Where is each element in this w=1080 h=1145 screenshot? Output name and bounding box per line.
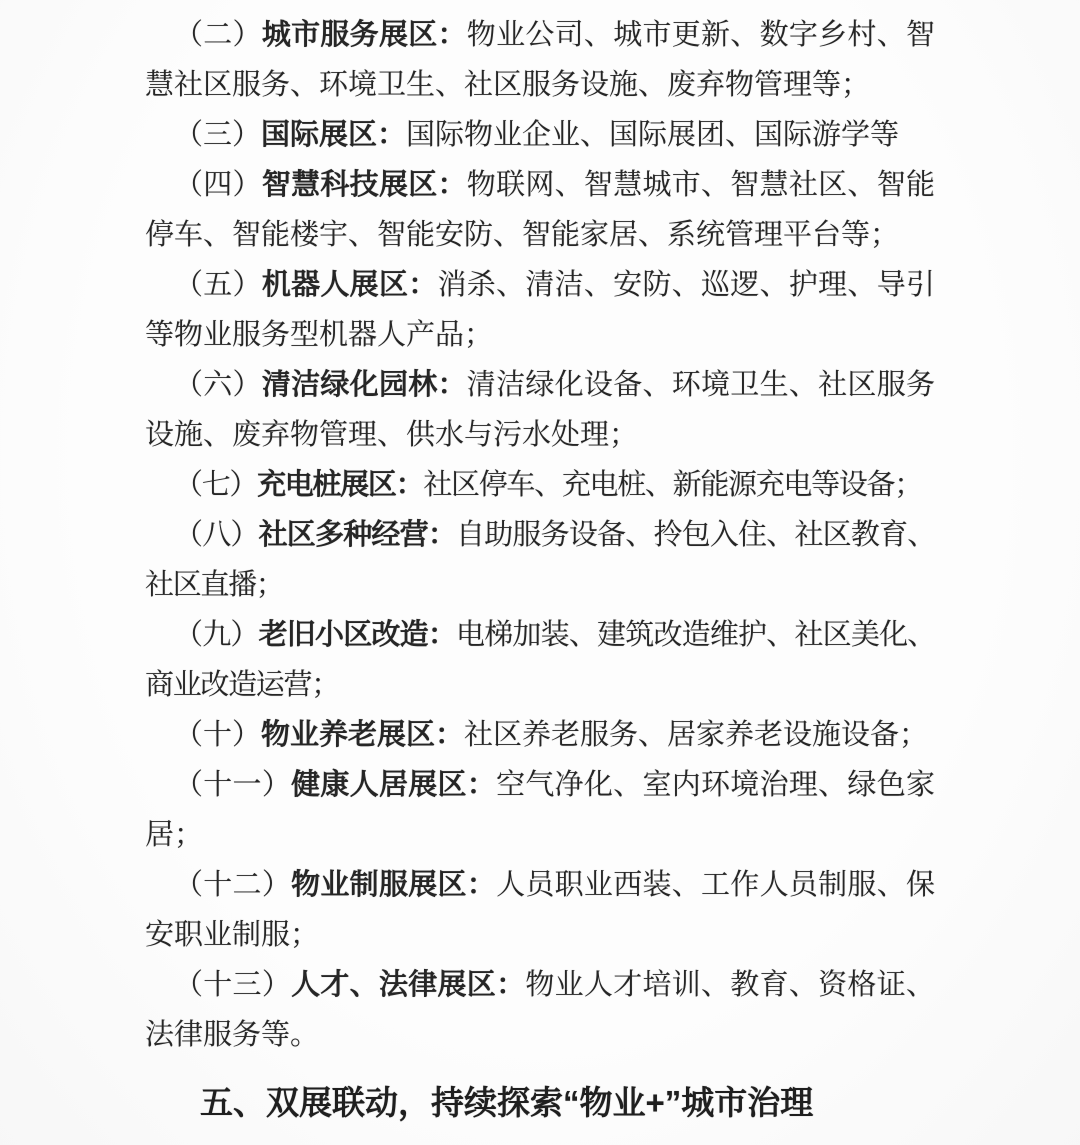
- exhibition-zone-item-9: （九）老旧小区改造：电梯加装、建筑改造维护、社区美化、商业改造运营；: [145, 610, 935, 710]
- zone-title: 老旧小区改造：: [259, 619, 456, 651]
- item-number: （十）: [174, 719, 261, 751]
- item-number: （十二）: [174, 869, 291, 901]
- item-number: （二）: [174, 19, 262, 51]
- zone-title: 城市服务展区：: [262, 19, 467, 51]
- item-number: （四）: [174, 169, 262, 201]
- zone-title: 人才、法律展区：: [291, 969, 525, 1001]
- exhibition-zone-item-12: （十二）物业制服展区：人员职业西装、工作人员制服、保安职业制服；: [145, 860, 935, 960]
- exhibition-zone-item-10: （十）物业养老展区：社区养老服务、居家养老设施设备；: [145, 710, 935, 760]
- zone-title: 机器人展区：: [262, 269, 438, 301]
- zone-title: 清洁绿化园林：: [262, 369, 467, 401]
- exhibition-zone-item-13: （十三）人才、法律展区：物业人才培训、教育、资格证、法律服务等。: [145, 960, 935, 1060]
- zone-title: 智慧科技展区：: [262, 169, 467, 201]
- item-number: （五）: [174, 269, 262, 301]
- zone-title: 国际展区：: [261, 119, 406, 151]
- item-number: （十三）: [174, 969, 291, 1001]
- item-number: （十一）: [174, 769, 291, 801]
- zone-title: 社区多种经营：: [259, 519, 456, 551]
- exhibition-zone-item-5: （五）机器人展区：消杀、清洁、安防、巡逻、护理、导引等物业服务型机器人产品；: [145, 260, 935, 360]
- item-number: （七）: [174, 469, 257, 501]
- exhibition-zone-item-4: （四）智慧科技展区：物联网、智慧城市、智慧社区、智能停车、智能楼宇、智能安防、智…: [145, 160, 935, 260]
- exhibition-zone-item-11: （十一）健康人居展区：空气净化、室内环境治理、绿色家居；: [145, 760, 935, 860]
- zone-description: 国际物业企业、国际展团、国际游学等: [406, 119, 899, 151]
- section-heading: 五、双展联动，持续探索“物业+”城市治理: [145, 1080, 935, 1126]
- zone-title: 健康人居展区：: [291, 769, 496, 801]
- item-number: （三）: [174, 119, 261, 151]
- exhibition-zone-item-3: （三）国际展区：国际物业企业、国际展团、国际游学等: [145, 110, 935, 160]
- item-number: （八）: [174, 519, 259, 551]
- exhibition-zone-item-2: （二）城市服务展区：物业公司、城市更新、数字乡村、智慧社区服务、环境卫生、社区服…: [145, 10, 935, 110]
- zone-title: 充电桩展区：: [257, 469, 423, 501]
- item-number: （六）: [174, 369, 262, 401]
- document-page: （二）城市服务展区：物业公司、城市更新、数字乡村、智慧社区服务、环境卫生、社区服…: [0, 0, 1080, 1145]
- zone-title: 物业制服展区：: [291, 869, 496, 901]
- zone-description: 社区停车、充电桩、新能源充电等设备；: [423, 469, 922, 501]
- zone-title: 物业养老展区：: [261, 719, 464, 751]
- exhibition-zone-item-8: （八）社区多种经营：自助服务设备、拎包入住、社区教育、社区直播；: [145, 510, 935, 610]
- exhibition-zone-item-7: （七）充电桩展区：社区停车、充电桩、新能源充电等设备；: [145, 460, 935, 510]
- item-number: （九）: [174, 619, 259, 651]
- zone-description: 社区养老服务、居家养老设施设备；: [464, 719, 928, 751]
- exhibition-zone-item-6: （六）清洁绿化园林：清洁绿化设备、环境卫生、社区服务设施、废弃物管理、供水与污水…: [145, 360, 935, 460]
